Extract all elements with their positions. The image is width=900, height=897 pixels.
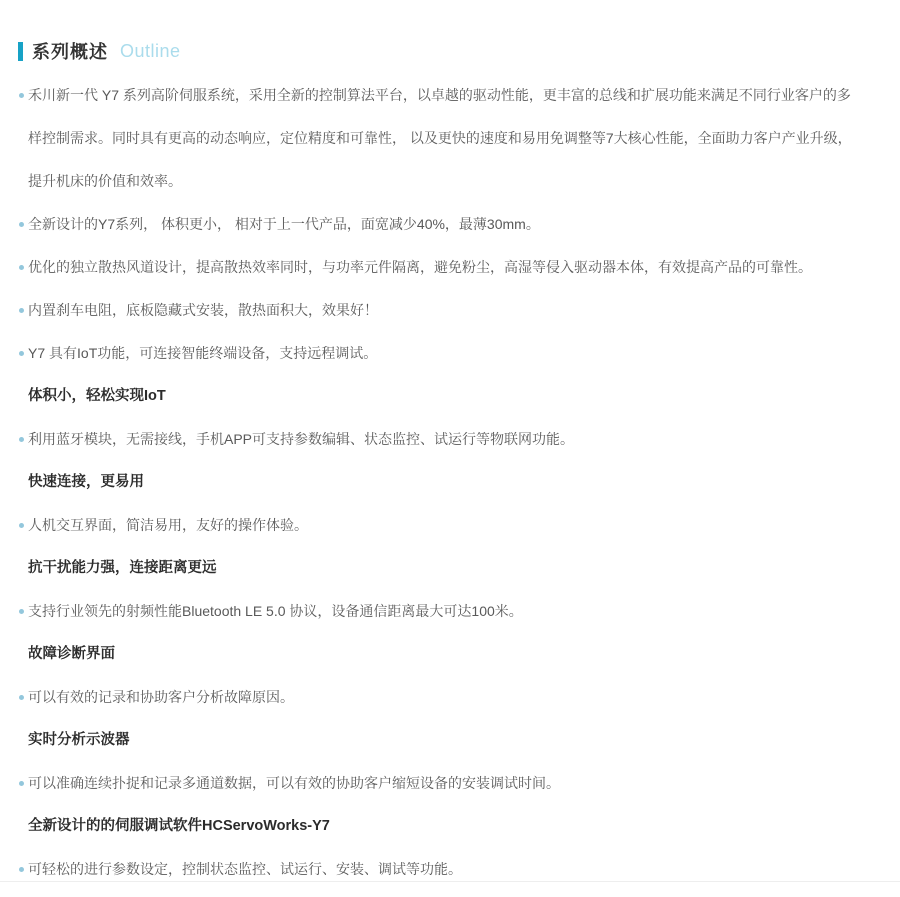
bullet-text: 人机交互界面，简洁易用，友好的操作体验。 (28, 517, 308, 533)
bullet-dot-icon (19, 222, 24, 227)
bullet-dot-icon (19, 867, 24, 872)
feature-heading: 全新设计的的伺服调试软件HCServoWorks-Y7 (28, 805, 858, 848)
outline-section-page: 系列概述 Outline 禾川新一代 Y7 系列高阶伺服系统，采用全新的控制算法… (0, 0, 900, 897)
feature-heading: 快速连接，更易用 (28, 461, 858, 504)
bullet-text: 利用蓝牙模块，无需接线，手机APP可支持参数编辑、状态监控、试运行等物联网功能。 (28, 431, 574, 447)
bullet-dot-icon (19, 609, 24, 614)
section-header: 系列概述 Outline (18, 40, 858, 62)
bullet-text: 可以准确连续扑捉和记录多通道数据，可以有效的协助客户缩短设备的安装调试时间。 (28, 775, 560, 791)
bullet-dot-icon (19, 695, 24, 700)
bullet-item: 禾川新一代 Y7 系列高阶伺服系统，采用全新的控制算法平台，以卓越的驱动性能，更… (28, 74, 858, 203)
feature-heading-text: 故障诊断界面 (28, 646, 115, 662)
bullet-dot-icon (19, 265, 24, 270)
bullet-text: 优化的独立散热风道设计，提高散热效率同时，与功率元件隔离，避免粉尘，高湿等侵入驱… (28, 259, 812, 275)
section-subtitle: Outline (120, 41, 181, 62)
feature-heading-text: 体积小，轻松实现IoT (28, 388, 166, 404)
bullet-item: 全新设计的Y7系列， 体积更小， 相对于上一代产品，面宽减少40%，最薄30mm… (28, 203, 858, 246)
feature-heading-text: 实时分析示波器 (28, 732, 130, 748)
bullet-item: 利用蓝牙模块，无需接线，手机APP可支持参数编辑、状态监控、试运行等物联网功能。 (28, 418, 858, 461)
bullet-item: 支持行业领先的射频性能Bluetooth LE 5.0 协议，设备通信距离最大可… (28, 590, 858, 633)
feature-heading: 抗干扰能力强，连接距离更远 (28, 547, 858, 590)
bullet-text: 可轻松的进行参数设定，控制状态监控、试运行、安装、调试等功能。 (28, 861, 462, 877)
bullet-item: 可以准确连续扑捉和记录多通道数据，可以有效的协助客户缩短设备的安装调试时间。 (28, 762, 858, 805)
bottom-divider (0, 881, 900, 882)
bullet-item: 可以有效的记录和协助客户分析故障原因。 (28, 676, 858, 719)
bullet-item: Y7 具有IoT功能，可连接智能终端设备，支持远程调试。 (28, 332, 858, 375)
feature-heading-text: 快速连接，更易用 (28, 474, 144, 490)
bullet-dot-icon (19, 308, 24, 313)
feature-heading-text: 抗干扰能力强，连接距离更远 (28, 560, 217, 576)
bullet-text: 可以有效的记录和协助客户分析故障原因。 (28, 689, 294, 705)
bullet-item: 可轻松的进行参数设定，控制状态监控、试运行、安装、调试等功能。 (28, 848, 858, 891)
bullet-item: 人机交互界面，简洁易用，友好的操作体验。 (28, 504, 858, 547)
bullet-item: 内置刹车电阻，底板隐藏式安装，散热面积大，效果好！ (28, 289, 858, 332)
content-list: 禾川新一代 Y7 系列高阶伺服系统，采用全新的控制算法平台，以卓越的驱动性能，更… (18, 74, 858, 891)
bullet-dot-icon (19, 351, 24, 356)
section-title: 系列概述 (32, 38, 108, 64)
accent-bar-icon (18, 42, 23, 61)
feature-heading-text: 全新设计的的伺服调试软件HCServoWorks-Y7 (28, 818, 330, 834)
bullet-text: 支持行业领先的射频性能Bluetooth LE 5.0 协议，设备通信距离最大可… (28, 603, 523, 619)
bullet-dot-icon (19, 93, 24, 98)
bullet-text: Y7 具有IoT功能，可连接智能终端设备，支持远程调试。 (28, 345, 377, 361)
bullet-dot-icon (19, 523, 24, 528)
feature-heading: 实时分析示波器 (28, 719, 858, 762)
bullet-dot-icon (19, 781, 24, 786)
feature-heading: 体积小，轻松实现IoT (28, 375, 858, 418)
bullet-text: 全新设计的Y7系列， 体积更小， 相对于上一代产品，面宽减少40%，最薄30mm… (28, 216, 540, 232)
bullet-text: 内置刹车电阻，底板隐藏式安装，散热面积大，效果好！ (28, 302, 378, 318)
bullet-item: 优化的独立散热风道设计，提高散热效率同时，与功率元件隔离，避免粉尘，高湿等侵入驱… (28, 246, 858, 289)
bullet-dot-icon (19, 437, 24, 442)
bullet-text: 禾川新一代 Y7 系列高阶伺服系统，采用全新的控制算法平台，以卓越的驱动性能，更… (28, 87, 852, 189)
feature-heading: 故障诊断界面 (28, 633, 858, 676)
